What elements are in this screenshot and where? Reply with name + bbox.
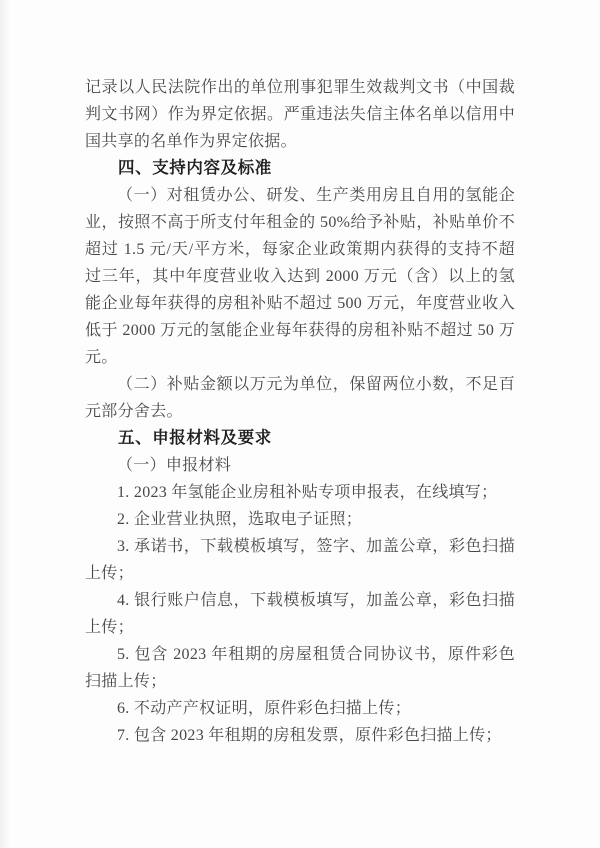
- body-line: 低于 2000 万元的氢能企业每年获得的房租补贴不超过 50 万: [85, 317, 515, 344]
- paragraph: 记录以人民法院作出的单位刑事犯罪生效裁判文书（中国裁 判文书网）作为界定依据。严…: [85, 74, 515, 155]
- list-item: 5. 包含 2023 年租期的房屋租赁合同协议书，原件彩色 扫描上传；: [85, 641, 515, 695]
- body-line: （一）申报材料: [85, 452, 515, 479]
- body-line: 2. 企业营业执照，选取电子证照；: [85, 506, 515, 533]
- body-line: 7. 包含 2023 年租期的房租发票，原件彩色扫描上传；: [85, 722, 515, 749]
- body-line: 上传；: [85, 614, 515, 641]
- document-text-block: 记录以人民法院作出的单位刑事犯罪生效裁判文书（中国裁 判文书网）作为界定依据。严…: [85, 74, 515, 749]
- body-line: 过三年，其中年度营业收入达到 2000 万元（含）以上的氢: [85, 263, 515, 290]
- heading-line: 四、支持内容及标准: [85, 155, 515, 182]
- list-item: 2. 企业营业执照，选取电子证照；: [85, 506, 515, 533]
- list-item: 1. 2023 年氢能企业房租补贴专项申报表，在线填写；: [85, 479, 515, 506]
- body-line: （二）补贴金额以万元为单位，保留两位小数，不足百: [85, 371, 515, 398]
- body-line: 扫描上传；: [85, 668, 515, 695]
- list-item: 3. 承诺书，下载模板填写，签字、加盖公章，彩色扫描 上传；: [85, 533, 515, 587]
- body-line: 4. 银行账户信息，下载模板填写，加盖公章，彩色扫描: [85, 587, 515, 614]
- section-heading: 四、支持内容及标准: [85, 155, 515, 182]
- body-line: 业，按照不高于所支付年租金的 50%给予补贴，补贴单价不: [85, 209, 515, 236]
- document-page: 记录以人民法院作出的单位刑事犯罪生效裁判文书（中国裁 判文书网）作为界定依据。严…: [0, 0, 600, 848]
- section-heading: 五、申报材料及要求: [85, 425, 515, 452]
- paragraph: （二）补贴金额以万元为单位，保留两位小数，不足百 元部分舍去。: [85, 371, 515, 425]
- body-line: 国共享的名单作为界定依据。: [85, 128, 515, 155]
- body-line: （一）对租赁办公、研发、生产类用房且自用的氢能企: [85, 182, 515, 209]
- body-line: 判文书网）作为界定依据。严重违法失信主体名单以信用中: [85, 101, 515, 128]
- list-item: 7. 包含 2023 年租期的房租发票，原件彩色扫描上传；: [85, 722, 515, 749]
- body-line: 上传；: [85, 560, 515, 587]
- paragraph: （一）申报材料: [85, 452, 515, 479]
- body-line: 元部分舍去。: [85, 398, 515, 425]
- list-item: 6. 不动产产权证明，原件彩色扫描上传；: [85, 695, 515, 722]
- heading-line: 五、申报材料及要求: [85, 425, 515, 452]
- paragraph: （一）对租赁办公、研发、生产类用房且自用的氢能企 业，按照不高于所支付年租金的 …: [85, 182, 515, 371]
- body-line: 6. 不动产产权证明，原件彩色扫描上传；: [85, 695, 515, 722]
- body-line: 超过 1.5 元/天/平方米，每家企业政策期内获得的支持不超: [85, 236, 515, 263]
- body-line: 5. 包含 2023 年租期的房屋租赁合同协议书，原件彩色: [85, 641, 515, 668]
- body-line: 能企业每年获得的房租补贴不超过 500 万元，年度营业收入: [85, 290, 515, 317]
- body-line: 元。: [85, 344, 515, 371]
- body-line: 记录以人民法院作出的单位刑事犯罪生效裁判文书（中国裁: [85, 74, 515, 101]
- body-line: 3. 承诺书，下载模板填写，签字、加盖公章，彩色扫描: [85, 533, 515, 560]
- list-item: 4. 银行账户信息，下载模板填写，加盖公章，彩色扫描 上传；: [85, 587, 515, 641]
- body-line: 1. 2023 年氢能企业房租补贴专项申报表，在线填写；: [85, 479, 515, 506]
